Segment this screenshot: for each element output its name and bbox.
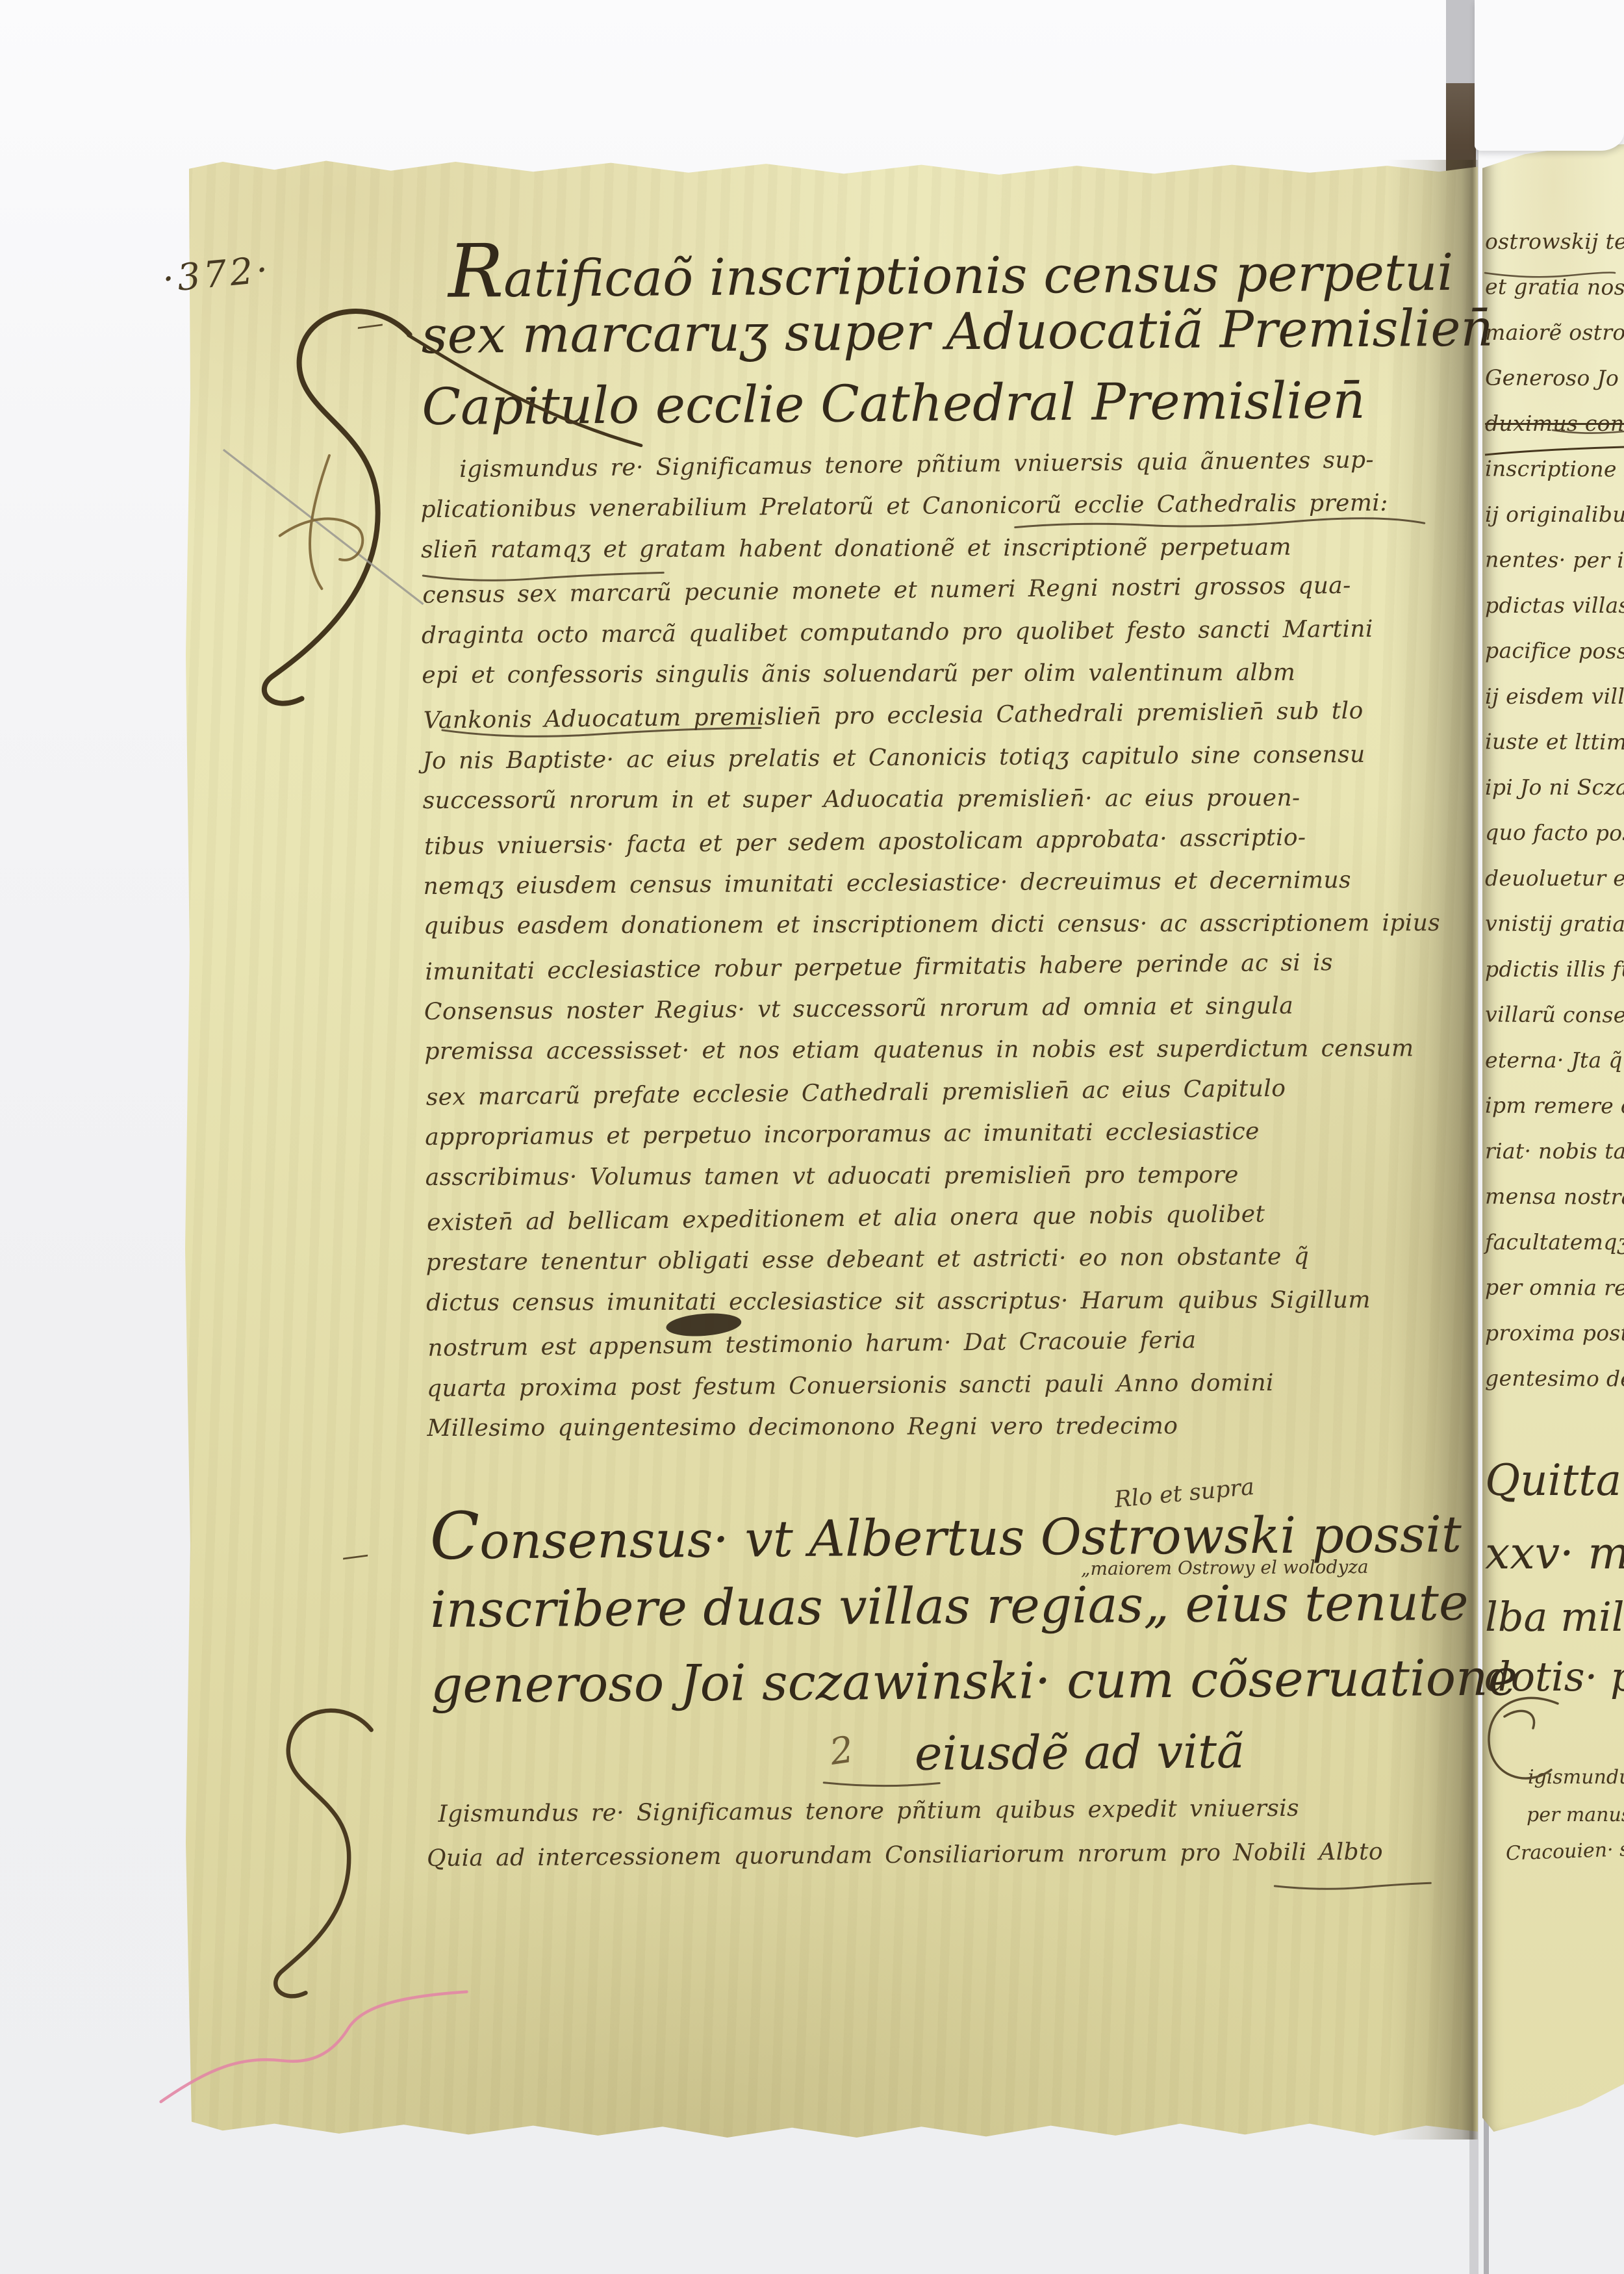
entry1-heading-line: Capitulo ecclie Cathedral Premislien̄ [422,376,1365,433]
body-line: nemqʒ eiusdem census imunitati ecclesias… [423,866,1440,915]
body-line: premissa accessisset· et nos etiam quate… [424,1036,1441,1080]
entry1-heading-line: sex marcaruʒ super Aduocatiã Premislien̄ [421,303,1493,361]
entry2-body-line: Quia ad intercessionem quorundam Consili… [427,1841,1383,1871]
margin-dash: — [355,309,385,340]
body-line: appropriamus et perpetuo incorporamus ac… [425,1117,1442,1166]
margin-paraph [279,455,363,589]
entry2-heading-line: inscribere duas villas regias„ eius tenu… [430,1578,1469,1635]
body-line: asscribimus· Volumus tamen vt aduocati p… [425,1161,1442,1206]
initial-S-flourish-entry2 [273,1710,373,1996]
body-line: Consensus noster Regius· vt successorũ n… [424,991,1441,1040]
body-line: quarta proxima post festum Conuersionis … [427,1368,1444,1417]
manuscript-scan: ·372· — Ratificaõ inscriptionis census p… [0,0,1624,2274]
body-line: draginta octo marcã qualibet computando … [422,615,1439,664]
body-line: prestare tenentur obligati esse debeant … [425,1242,1443,1291]
margin-dash: — [340,1540,370,1570]
pencil-mark [223,448,424,606]
folio-number: ·372· [161,251,273,298]
body-line: quibus easdem donationem et inscriptione… [424,910,1440,954]
page-content: ·372· — Ratificaõ inscriptionis census p… [0,0,1624,2274]
body-line: Millesimo quingentesimo decimonono Regni… [427,1412,1443,1457]
body-line: successorũ nrorum in et super Aduocatia … [423,784,1440,829]
body-line: Jo nis Baptiste· ac eius prelatis et Can… [422,741,1440,789]
entry1-heading-line: Ratificaõ inscriptionis census perpetui [448,228,1454,309]
paragraph-mark: 2 [828,1731,856,1771]
body-line: dictus census imunitati ecclesiastice si… [426,1286,1443,1331]
pink-conservation-mark [160,1992,467,2102]
entry1-body: igismundus re· Significamus tenore pñtiu… [420,448,1444,1459]
entry2-heading-line: generoso Joi sczawinski· cum cõseruation… [431,1653,1518,1711]
entry2-body-line: Igismundus re· Significamus tenore pñtiu… [438,1797,1299,1826]
body-line: plicationibus venerabilium Prelatorũ et … [420,489,1438,538]
body-line: slien̄ ratamqʒ et gratam habent donation… [421,533,1438,578]
body-line: epi et confessoris singulis ãnis soluend… [422,659,1438,704]
